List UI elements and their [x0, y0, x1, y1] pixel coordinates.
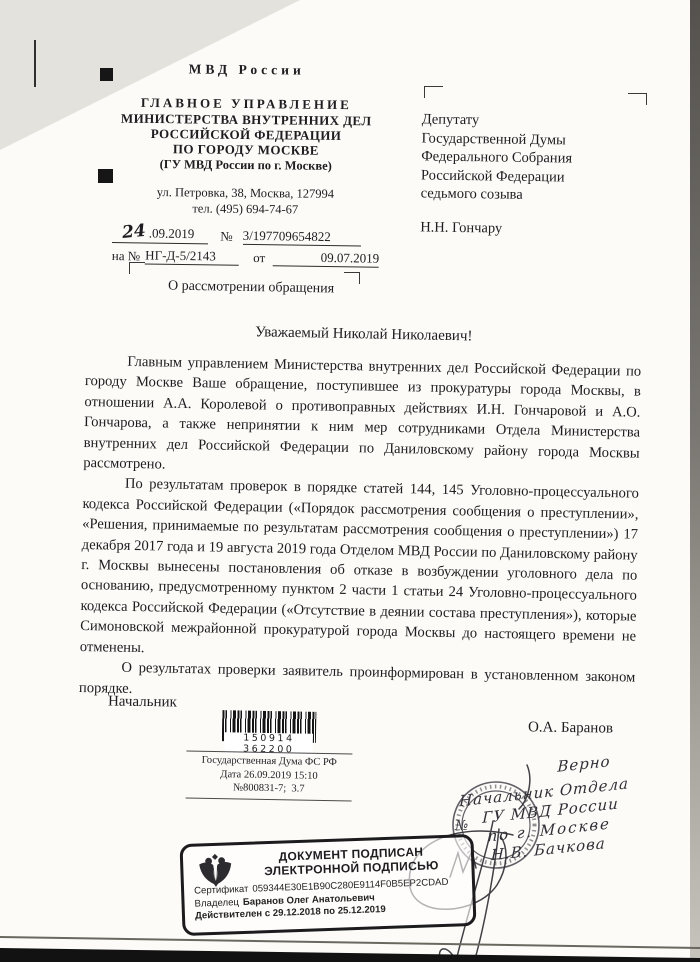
- incoming-ref-number: НГ-Д-5/2143: [145, 247, 239, 265]
- outgoing-number: 3/197709654822: [243, 228, 361, 247]
- letterhead: МВД России ГЛАВНОЕ УПРАВЛЕНИЕ МИНИСТЕРСТ…: [104, 61, 388, 219]
- duma-registration-stamp: Государственная Дума ФС РФ Дата 26.09.20…: [186, 751, 353, 801]
- recipient-line: Федерального Собрания: [421, 147, 646, 169]
- body-paragraph: По результатам проверок в порядке статей…: [80, 473, 639, 667]
- barcode: 150914 362200: [222, 710, 317, 756]
- eds-stamp: ДОКУМЕНТ ПОДПИСАН ЭЛЕКТРОННОЙ ПОДПИСЬЮ С…: [179, 834, 476, 936]
- handwritten-day: 24: [111, 221, 149, 244]
- outgoing-date: 24.09.2019: [112, 222, 208, 244]
- date-month-year: .09.2019: [149, 226, 195, 242]
- duma-stamp-org: Государственная Дума ФС РФ: [186, 754, 352, 770]
- scan-edge-right: [690, 0, 700, 962]
- corner-bracket: [424, 86, 443, 98]
- incoming-ref-date: 09.07.2019: [273, 249, 379, 267]
- scan-mark-square: [100, 68, 113, 81]
- scan-mark-line: [34, 40, 36, 87]
- body-paragraph: Главным управлением Министерства внутрен…: [83, 351, 641, 484]
- duma-stamp-number: №800831-7; 3.7: [186, 781, 352, 797]
- subject-line: О рассмотрении обращения: [168, 279, 334, 298]
- org-line: МИНИСТЕРСТВА ВНУТРЕННИХ ДЕЛ: [105, 111, 387, 129]
- letter-body: Уважаемый Николай Николаевич! Главным уп…: [79, 321, 642, 709]
- org-address: ул. Петровка, 38, Москва, 127994: [104, 185, 386, 203]
- scan-mark-square: [98, 169, 113, 183]
- from-label: от: [239, 250, 273, 266]
- org-short-name: (ГУ МВД России по г. Москве): [105, 157, 387, 175]
- recipient-line: Депутату: [422, 110, 647, 132]
- recipient-name: Н.Н. Гончару: [420, 218, 645, 240]
- recipient-line: седьмого созыва: [421, 184, 646, 206]
- scanned-letter: МВД России ГЛАВНОЕ УПРАВЛЕНИЕ МИНИСТЕРСТ…: [0, 0, 700, 962]
- corner-bracket: [344, 272, 360, 284]
- eds-title: ДОКУМЕНТ ПОДПИСАН ЭЛЕКТРОННОЙ ПОДПИСЬЮ: [239, 844, 464, 879]
- outgoing-line: 24.09.2019№3/197709654822: [112, 222, 398, 247]
- mvd-eagle-icon: [195, 850, 236, 891]
- org-line: ПО ГОРОДУ МОСКВЕ: [105, 141, 387, 159]
- signatory-position: Начальник: [108, 694, 177, 712]
- number-sign: №: [208, 228, 243, 244]
- corner-bracket: [628, 93, 647, 105]
- eds-owner-label: Владелец: [194, 897, 239, 910]
- reference-block: 24.09.2019№3/197709654822 на №НГ-Д-5/214…: [112, 222, 399, 268]
- org-phone: тел. (495) 694-74-67: [104, 201, 386, 219]
- corner-bracket: [129, 262, 145, 274]
- recipient-block: Депутату Государственной Думы Федерально…: [420, 110, 647, 239]
